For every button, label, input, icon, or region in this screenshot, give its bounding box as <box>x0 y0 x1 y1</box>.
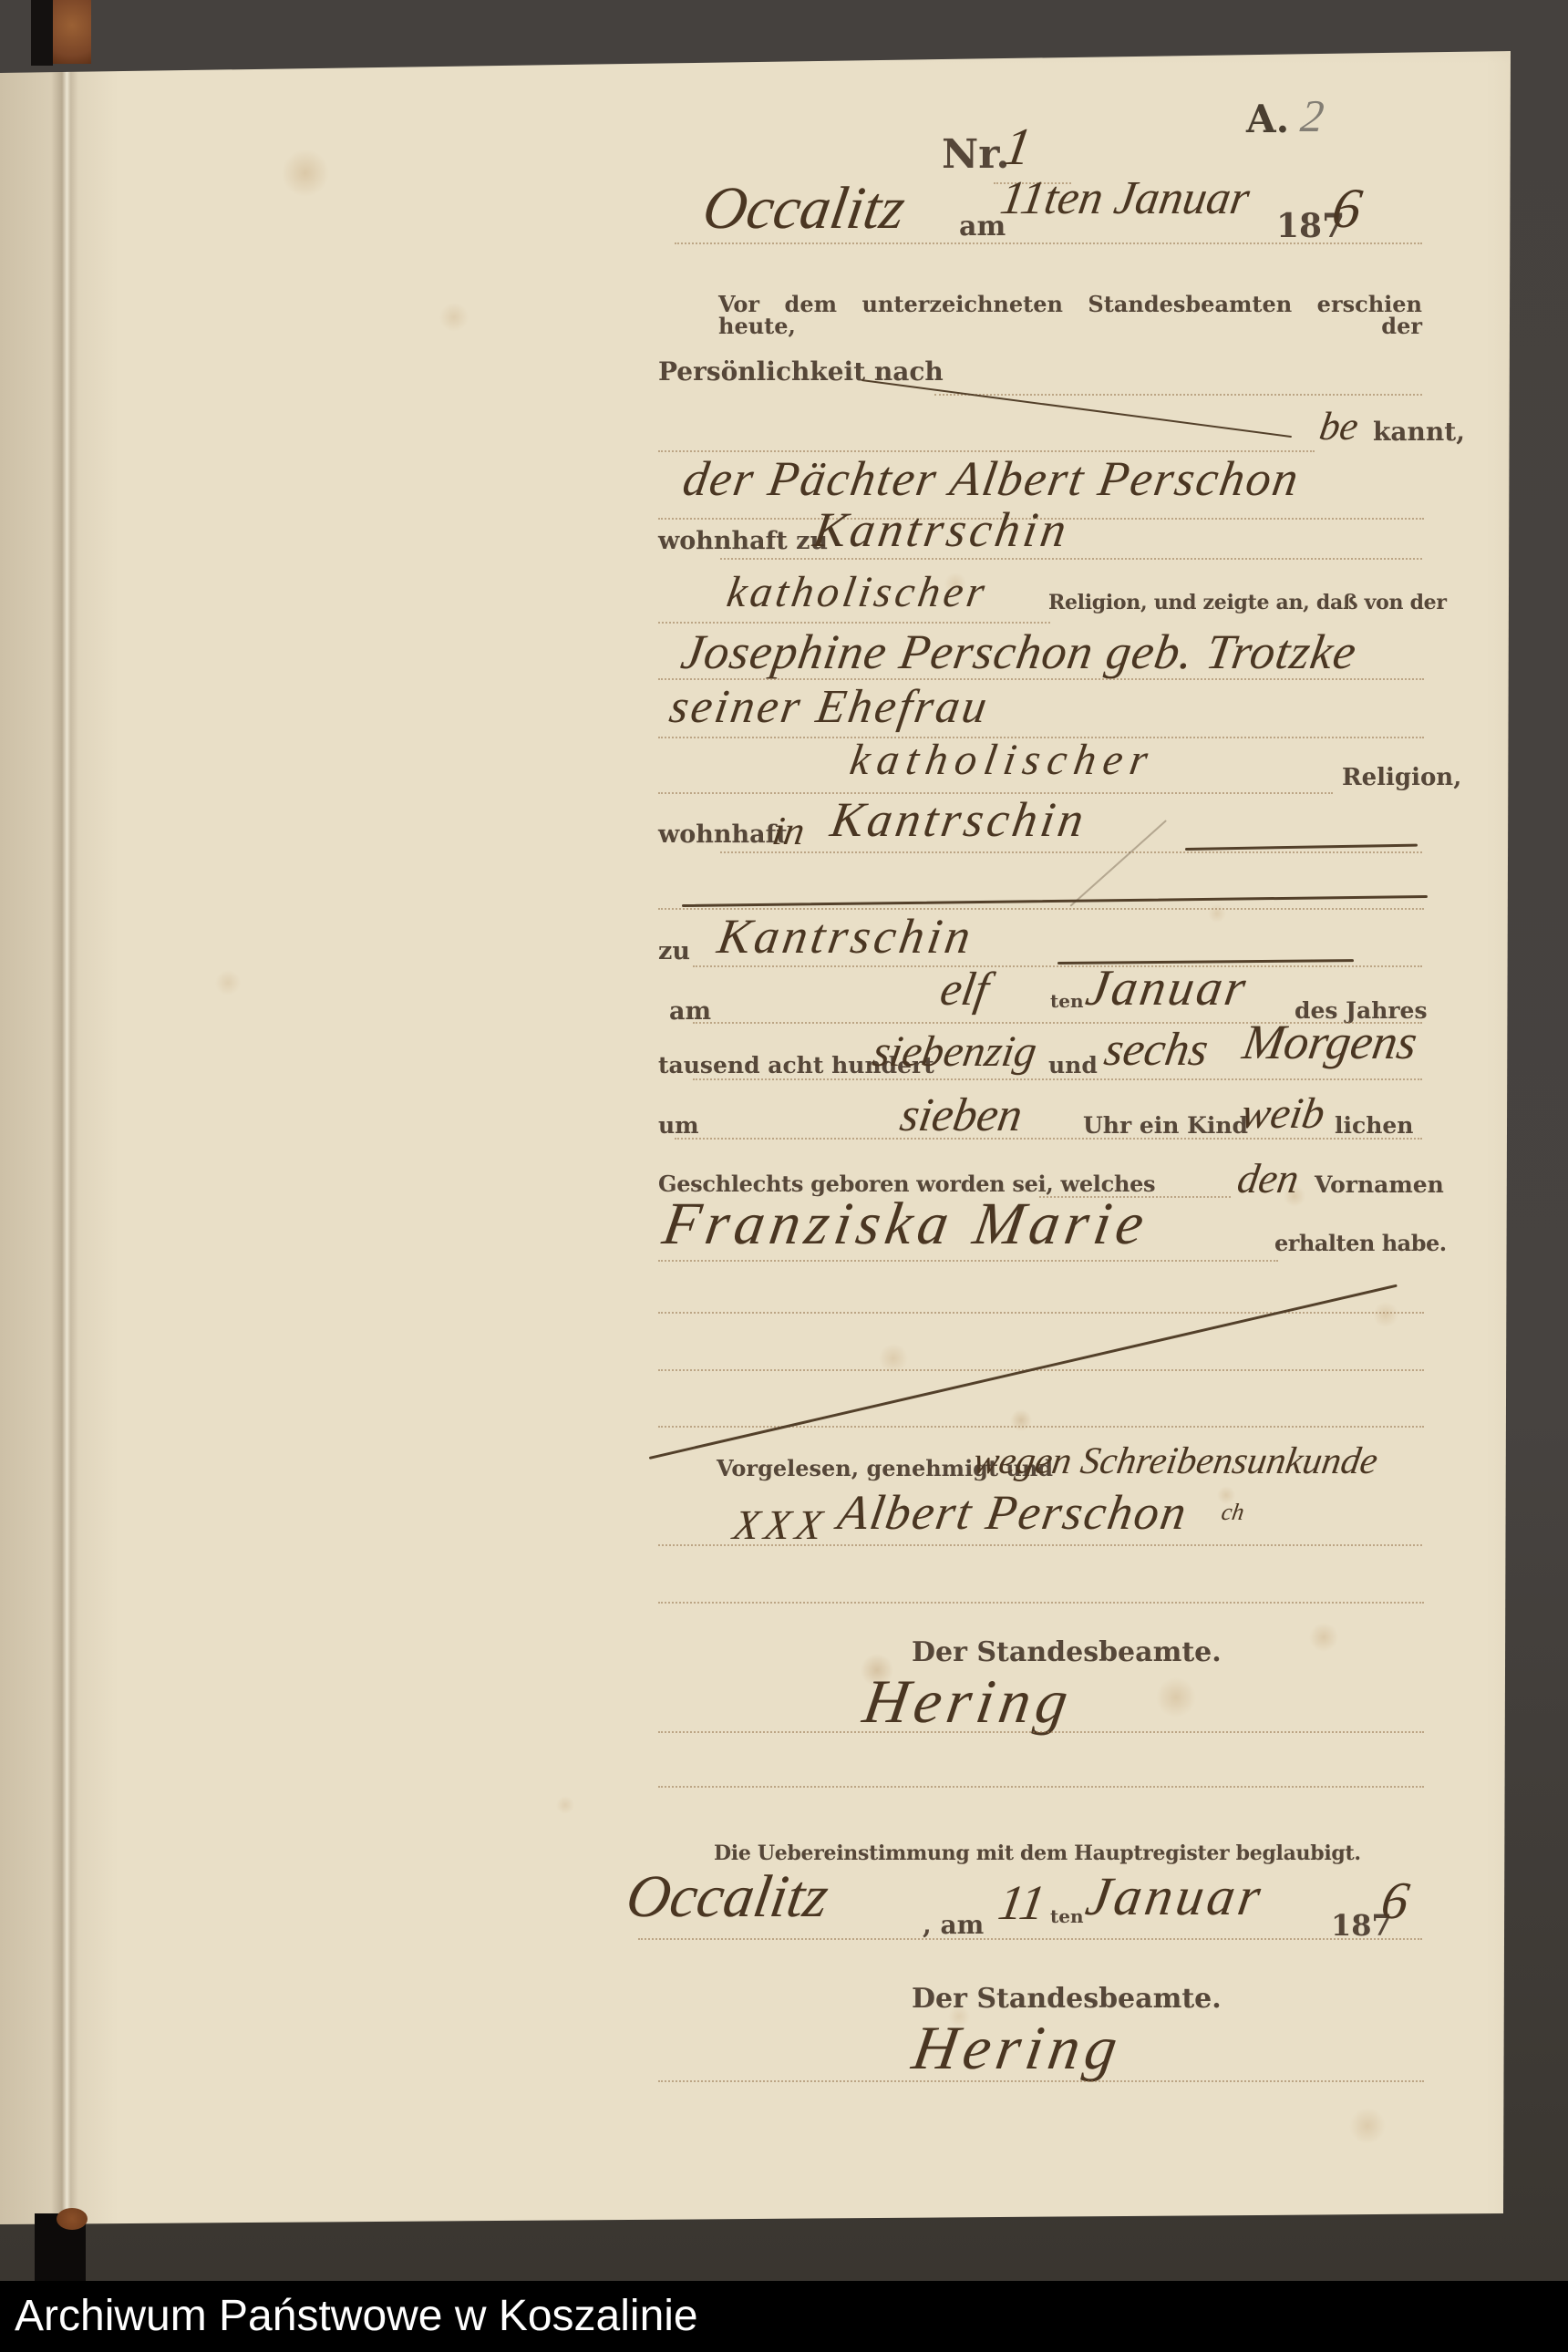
leather-spine-fragment-top <box>53 0 91 64</box>
cert-month: Januar <box>1082 1869 1267 1924</box>
register-page: Nr. 1 A. 2 Occalitz am 11ten Januar 187 … <box>0 0 1568 2352</box>
in-word: in <box>770 811 808 851</box>
dotted-rule <box>658 1602 1424 1604</box>
intro-printed-line: Vor dem unterzeichneten Standesbeamten e… <box>718 294 1422 337</box>
year-digit-handwritten: 6 <box>1328 181 1366 237</box>
zu-label: zu <box>658 939 690 964</box>
dotted-rule <box>658 1544 1422 1546</box>
wohnhaft-label: wohnhaft <box>658 822 788 847</box>
birthplace-name: Kantrschin <box>715 912 978 961</box>
ink-stroke-blank-line <box>682 895 1428 906</box>
religion-handwritten: katholischer <box>724 571 991 614</box>
registrar-title2: Der Standesbeamte. <box>912 1986 1222 2013</box>
date-handwritten: 11ten Januar <box>997 175 1253 222</box>
dotted-rule <box>675 1138 1422 1140</box>
wohnhaft-zu-label: wohnhaft zu <box>658 529 828 553</box>
pencil-page-number: 2 <box>1298 93 1326 139</box>
binding-crease <box>51 64 78 2224</box>
dotted-rule <box>658 622 1050 624</box>
religion2-printed: Religion, <box>1342 766 1461 789</box>
erhalten-label: erhalten habe. <box>1274 1233 1447 1254</box>
dotted-rule <box>720 558 1422 560</box>
dotted-rule <box>658 2080 1424 2082</box>
ink-stroke-crossout <box>861 379 1292 438</box>
residence-name: Kantrschin <box>810 505 1074 554</box>
dotted-rule <box>658 678 1424 680</box>
dotted-rule <box>658 1786 1424 1788</box>
certification-line: Die Uebereinstimmung mit dem Hauptregist… <box>714 1843 1361 1863</box>
cert-am-label: , am <box>923 1913 984 1938</box>
relation-phrase: seiner Ehefrau <box>666 684 993 731</box>
dotted-rule <box>658 1312 1424 1314</box>
section-stamp: A. <box>1246 100 1289 139</box>
vornamen-label: Vornamen <box>1315 1173 1444 1196</box>
lichen-label: lichen <box>1335 1114 1413 1137</box>
hour-word: sieben <box>897 1092 1026 1140</box>
religion-printed-line: Religion, und zeigte an, daß von der <box>1048 593 1447 613</box>
ink-stroke-diagonal <box>649 1284 1398 1460</box>
mother-name: Josephine Perschon geb. Trotzke <box>678 627 1360 676</box>
archive-watermark-bar: Archiwum Państwowe w Koszalinie <box>0 2281 1568 2352</box>
um-label: um <box>658 1114 699 1137</box>
archive-name-label: Archiwum Państwowe w Koszalinie <box>15 2281 698 2352</box>
den-word: den <box>1234 1158 1302 1200</box>
place-name: Occalitz <box>699 179 909 239</box>
bekannt-printed: kannt, <box>1373 419 1465 445</box>
dotted-rule <box>675 242 1422 244</box>
dotted-rule <box>720 851 1422 853</box>
registrar-signature: Hering <box>860 1670 1078 1732</box>
gender-word: weib <box>1238 1092 1327 1136</box>
signature-marks: XXX <box>730 1504 830 1546</box>
declarant-signature: Albert Perschon <box>835 1488 1191 1537</box>
child-names: Franziska Marie <box>659 1194 1153 1254</box>
residence2-name: Kantrschin <box>828 795 1091 844</box>
bekannt-handwritten-prefix: be <box>1317 407 1362 447</box>
registrar-title: Der Standesbeamte. <box>912 1639 1222 1666</box>
dotted-rule <box>934 394 1422 396</box>
declarant-name: der Pächter Albert Perschon <box>680 454 1304 503</box>
record-number-value: 1 <box>1000 120 1035 173</box>
uhr-kind-label: Uhr ein Kind <box>1083 1114 1248 1137</box>
persoenlichkeit-label: Persönlichkeit nach <box>658 359 944 385</box>
year-word: sechs <box>1101 1026 1212 1074</box>
birth-day-word: elf <box>937 966 992 1014</box>
ink-dash <box>1185 844 1418 851</box>
daytime-word: Morgens <box>1240 1017 1421 1067</box>
cert-year-digit: 6 <box>1377 1874 1412 1927</box>
dotted-rule <box>658 1369 1424 1371</box>
dotted-rule <box>693 965 1422 967</box>
cert-place-name: Occalitz <box>623 1867 832 1927</box>
dotted-rule <box>693 1078 1422 1080</box>
dotted-rule <box>658 1260 1278 1262</box>
birth-month: Januar <box>1083 963 1253 1014</box>
insertion-mark: ch <box>1220 1501 1246 1524</box>
cert-day: 11 <box>995 1878 1049 1927</box>
decade-word: siebenzig <box>870 1030 1039 1074</box>
cert-ten-suffix: ten <box>1050 1907 1084 1925</box>
record-number-label: Nr. <box>942 135 1010 175</box>
reason-handwritten: wegen Schreibensunkunde <box>971 1442 1380 1480</box>
und-label: und <box>1048 1054 1098 1077</box>
ten-suffix: ten <box>1050 992 1084 1010</box>
religion2-handwritten: katholischer <box>847 738 1158 782</box>
am2-label: am <box>669 999 711 1024</box>
dotted-rule <box>638 1938 1422 1940</box>
leather-spine-fragment-bottom <box>57 2208 88 2230</box>
book-spine-edge-top <box>31 0 53 66</box>
dotted-rule <box>658 1731 1424 1733</box>
registrar-signature2: Hering <box>909 2017 1127 2079</box>
archival-scan: Nr. 1 A. 2 Occalitz am 11ten Januar 187 … <box>0 0 1568 2352</box>
